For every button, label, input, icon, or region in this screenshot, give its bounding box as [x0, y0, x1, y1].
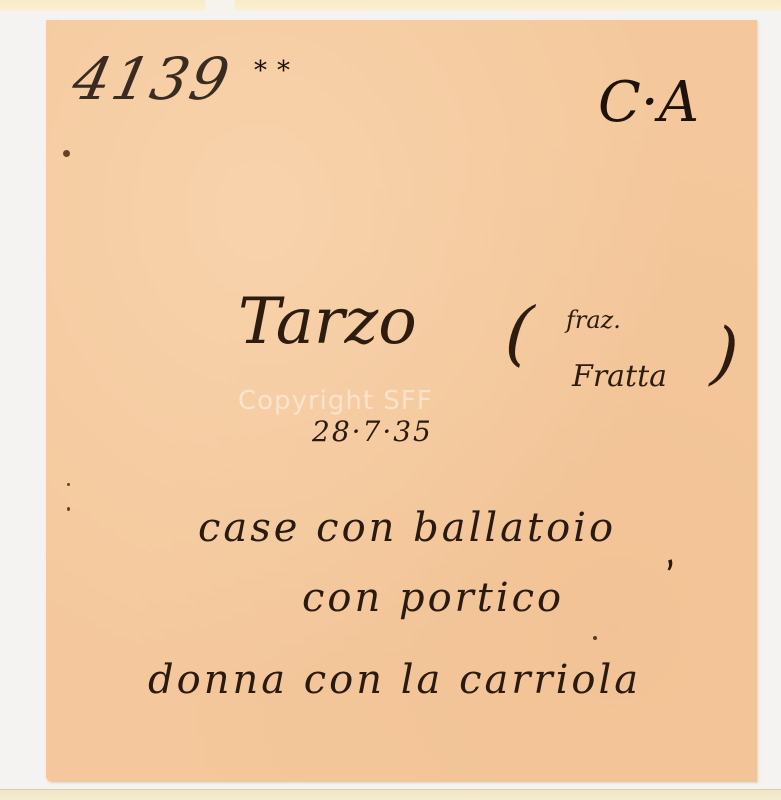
copyright-watermark: Copyright SFF: [238, 386, 433, 416]
bottom-paper-strip: [0, 789, 781, 800]
frazione-label: fraz.: [566, 308, 621, 332]
ink-speck: [63, 150, 70, 157]
catalog-number: 4139: [68, 50, 236, 108]
photo-date: 28·7·35: [312, 418, 433, 446]
description-line-1: case con ballatoio: [198, 508, 616, 548]
hamlet-name: Fratta: [572, 362, 667, 392]
ink-speck: [67, 483, 70, 486]
place-paren-close: ): [703, 320, 748, 388]
ink-speck: [67, 507, 70, 511]
top-strip-gap: [205, 0, 235, 11]
top-paper-strip: [0, 0, 781, 11]
description-line-3: donna con la carriola: [148, 660, 641, 700]
collection-code: C·A: [598, 75, 699, 131]
place-name: Tarzo: [238, 290, 417, 354]
catalog-star-marks: **: [254, 58, 300, 84]
description-line-2: con portico: [302, 578, 564, 618]
ink-speck: [593, 636, 597, 640]
description-line-1-comma: ,: [654, 531, 680, 573]
place-paren-open: (: [497, 298, 543, 368]
